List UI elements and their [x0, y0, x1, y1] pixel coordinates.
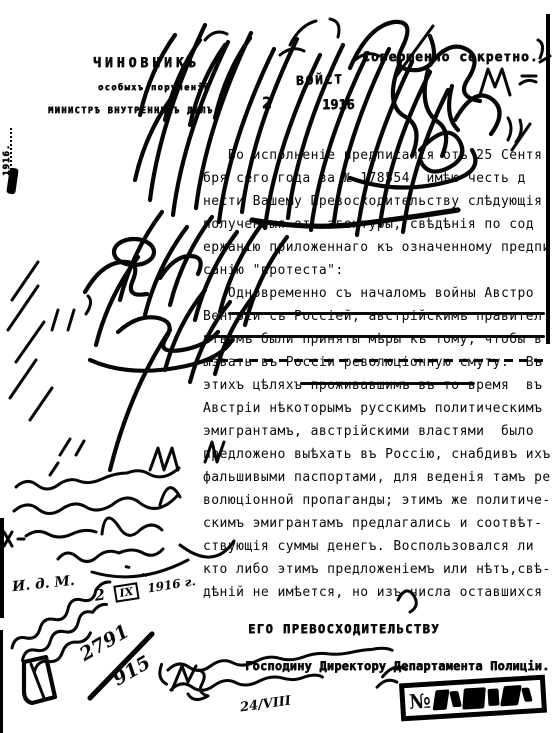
- ink-blot: [432, 689, 449, 710]
- ink-blot: [500, 685, 522, 706]
- left-margin-strokes: [8, 262, 91, 475]
- scanned-document-page: { "doc": { "secrecy": "Совершенно секрет…: [0, 0, 556, 733]
- ink-blot: [449, 691, 462, 707]
- ink-blot: [462, 687, 486, 709]
- date-note-day: 2: [93, 585, 106, 604]
- marginal-note-signature: [4, 468, 234, 577]
- registry-stamp-number-sign: №: [409, 691, 432, 712]
- scrawl-loops-over-stamp: [252, 22, 550, 226]
- diagonal-scrawl-middle: [96, 212, 287, 470]
- scan-edge-line-left-lower: [0, 630, 3, 733]
- ink-blot: [521, 688, 533, 702]
- scan-edge-line-left: [0, 518, 4, 618]
- scribble-over-last-line: [398, 591, 416, 612]
- bottom-center-cursive: [159, 647, 407, 699]
- right-margin-marks: [480, 69, 536, 150]
- scan-edge-line-right: [546, 14, 550, 344]
- ink-blot: [487, 688, 499, 706]
- handwriting-overlay: [0, 0, 556, 733]
